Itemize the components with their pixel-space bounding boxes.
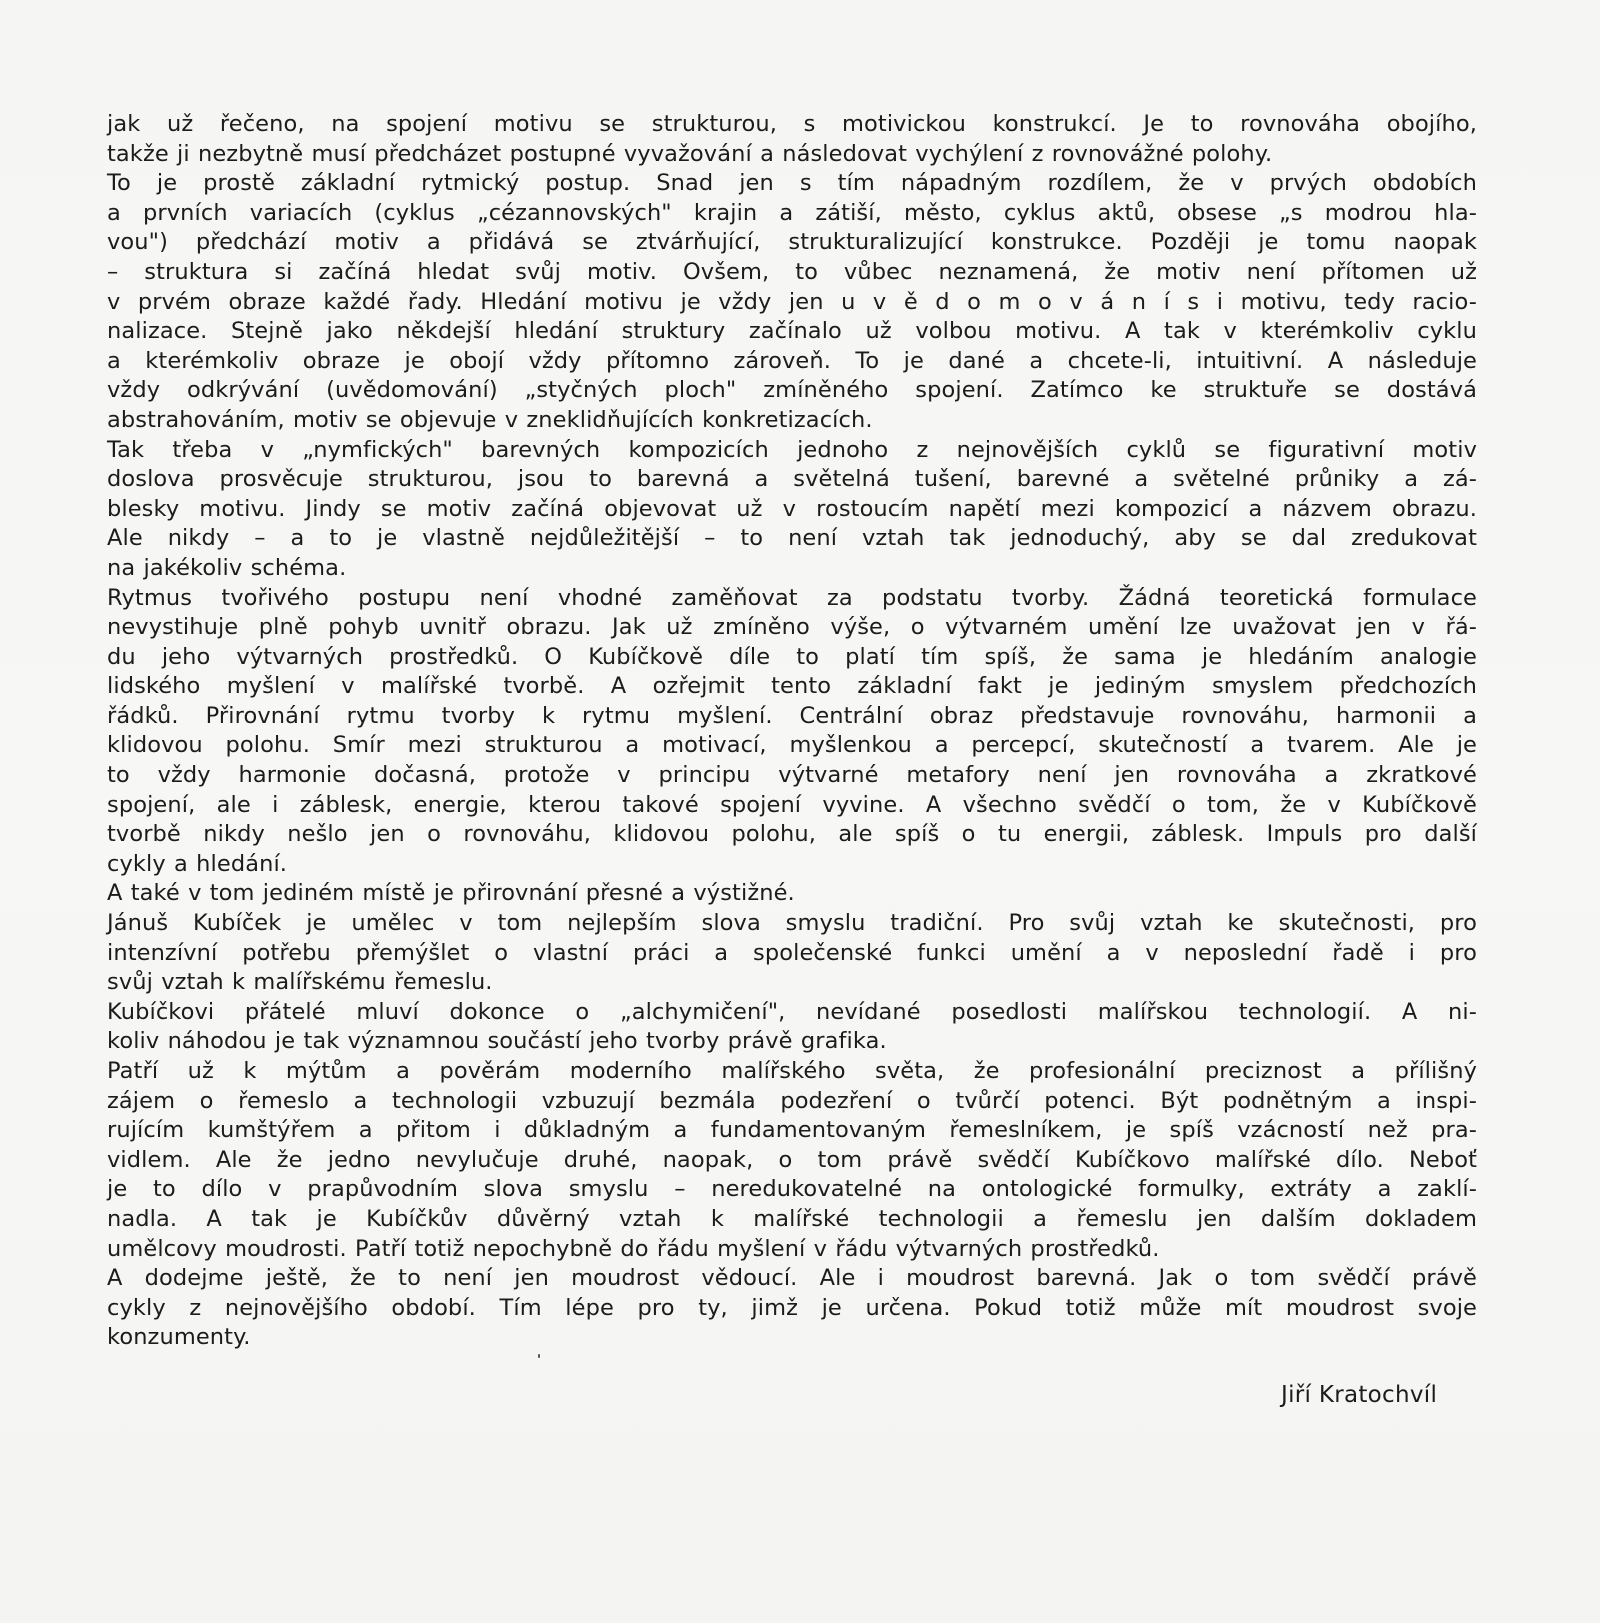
text-line: cykly z nejnovějšího období. Tím lépe pr… <box>107 1294 1477 1324</box>
text-line: konzumenty. <box>107 1323 1477 1353</box>
text-line: cykly a hledání. <box>107 850 1477 880</box>
text-line: Rytmus tvořivého postupu není vhodné zam… <box>107 584 1477 614</box>
text-line: A také v tom jediném místě je přirovnání… <box>107 879 1477 909</box>
text-line: doslova prosvěcuje strukturou, jsou to b… <box>107 465 1477 495</box>
text-line: spojení, ale i záblesk, energie, kterou … <box>107 791 1477 821</box>
text-line: blesky motivu. Jindy se motiv začíná obj… <box>107 495 1477 525</box>
text-line: Kubíčkovi přátelé mluví dokonce o „alchy… <box>107 998 1477 1028</box>
text-line: jak už řečeno, na spojení motivu se stru… <box>107 110 1477 140</box>
text-line: řádků. Přirovnání rytmu tvorby k rytmu m… <box>107 702 1477 732</box>
text-line: zájem o řemeslo a technologii vzbuzují b… <box>107 1087 1477 1117</box>
text-line: takže ji nezbytně musí předcházet postup… <box>107 140 1477 170</box>
scan-speck <box>538 1354 540 1358</box>
text-line: Tak třeba v „nymfických" barevných kompo… <box>107 436 1477 466</box>
text-line: rujícím kumštýřem a přitom i důkladným a… <box>107 1116 1477 1146</box>
text-line: du jeho výtvarných prostředků. O Kubíčko… <box>107 643 1477 673</box>
text-line: Ale nikdy – a to je vlastně nejdůležitěj… <box>107 524 1477 554</box>
text-line: intenzívní potřebu přemýšlet o vlastní p… <box>107 939 1477 969</box>
text-line: tvorbě nikdy nešlo jen o rovnováhu, klid… <box>107 820 1477 850</box>
text-line: klidovou polohu. Smír mezi strukturou a … <box>107 731 1477 761</box>
text-line: a kterémkoliv obraze je obojí vždy příto… <box>107 347 1477 377</box>
body-text: jak už řečeno, na spojení motivu se stru… <box>107 110 1477 1353</box>
text-line: nadla. A tak je Kubíčkův důvěrný vztah k… <box>107 1205 1477 1235</box>
text-line: To je prostě základní rytmický postup. S… <box>107 169 1477 199</box>
text-line: v prvém obraze každé řady. Hledání motiv… <box>107 288 1477 318</box>
text-line: Jánuš Kubíček je umělec v tom nejlepším … <box>107 909 1477 939</box>
text-line: koliv náhodou je tak významnou součástí … <box>107 1027 1477 1057</box>
text-line: vidlem. Ale že jedno nevylučuje druhé, n… <box>107 1146 1477 1176</box>
text-line: je to dílo v prapůvodním slova smyslu – … <box>107 1175 1477 1205</box>
text-line: to vždy harmonie dočasná, protože v prin… <box>107 761 1477 791</box>
text-line: A dodejme ještě, že to není jen moudrost… <box>107 1264 1477 1294</box>
author-signature: Jiří Kratochvíl <box>1281 1380 1437 1410</box>
text-line: Patří už k mýtům a pověrám moderního mal… <box>107 1057 1477 1087</box>
text-line: vždy odkrývání (uvědomování) „styčných p… <box>107 376 1477 406</box>
text-line: lidského myšlení v malířské tvorbě. A oz… <box>107 672 1477 702</box>
text-line: umělcovy moudrosti. Patří totiž nepochyb… <box>107 1235 1477 1265</box>
text-line: – struktura si začíná hledat svůj motiv.… <box>107 258 1477 288</box>
text-line: a prvních variacích (cyklus „cézannovský… <box>107 199 1477 229</box>
text-line: nevystihuje plně pohyb uvnitř obrazu. Ja… <box>107 613 1477 643</box>
scanned-page: jak už řečeno, na spojení motivu se stru… <box>0 0 1600 1623</box>
text-line: abstrahováním, motiv se objevuje v znekl… <box>107 406 1477 436</box>
text-line: svůj vztah k malířskému řemeslu. <box>107 968 1477 998</box>
text-line: na jakékoliv schéma. <box>107 554 1477 584</box>
text-line: nalizace. Stejně jako někdejší hledání s… <box>107 317 1477 347</box>
text-line: vou") předchází motiv a přidává se ztvár… <box>107 228 1477 258</box>
